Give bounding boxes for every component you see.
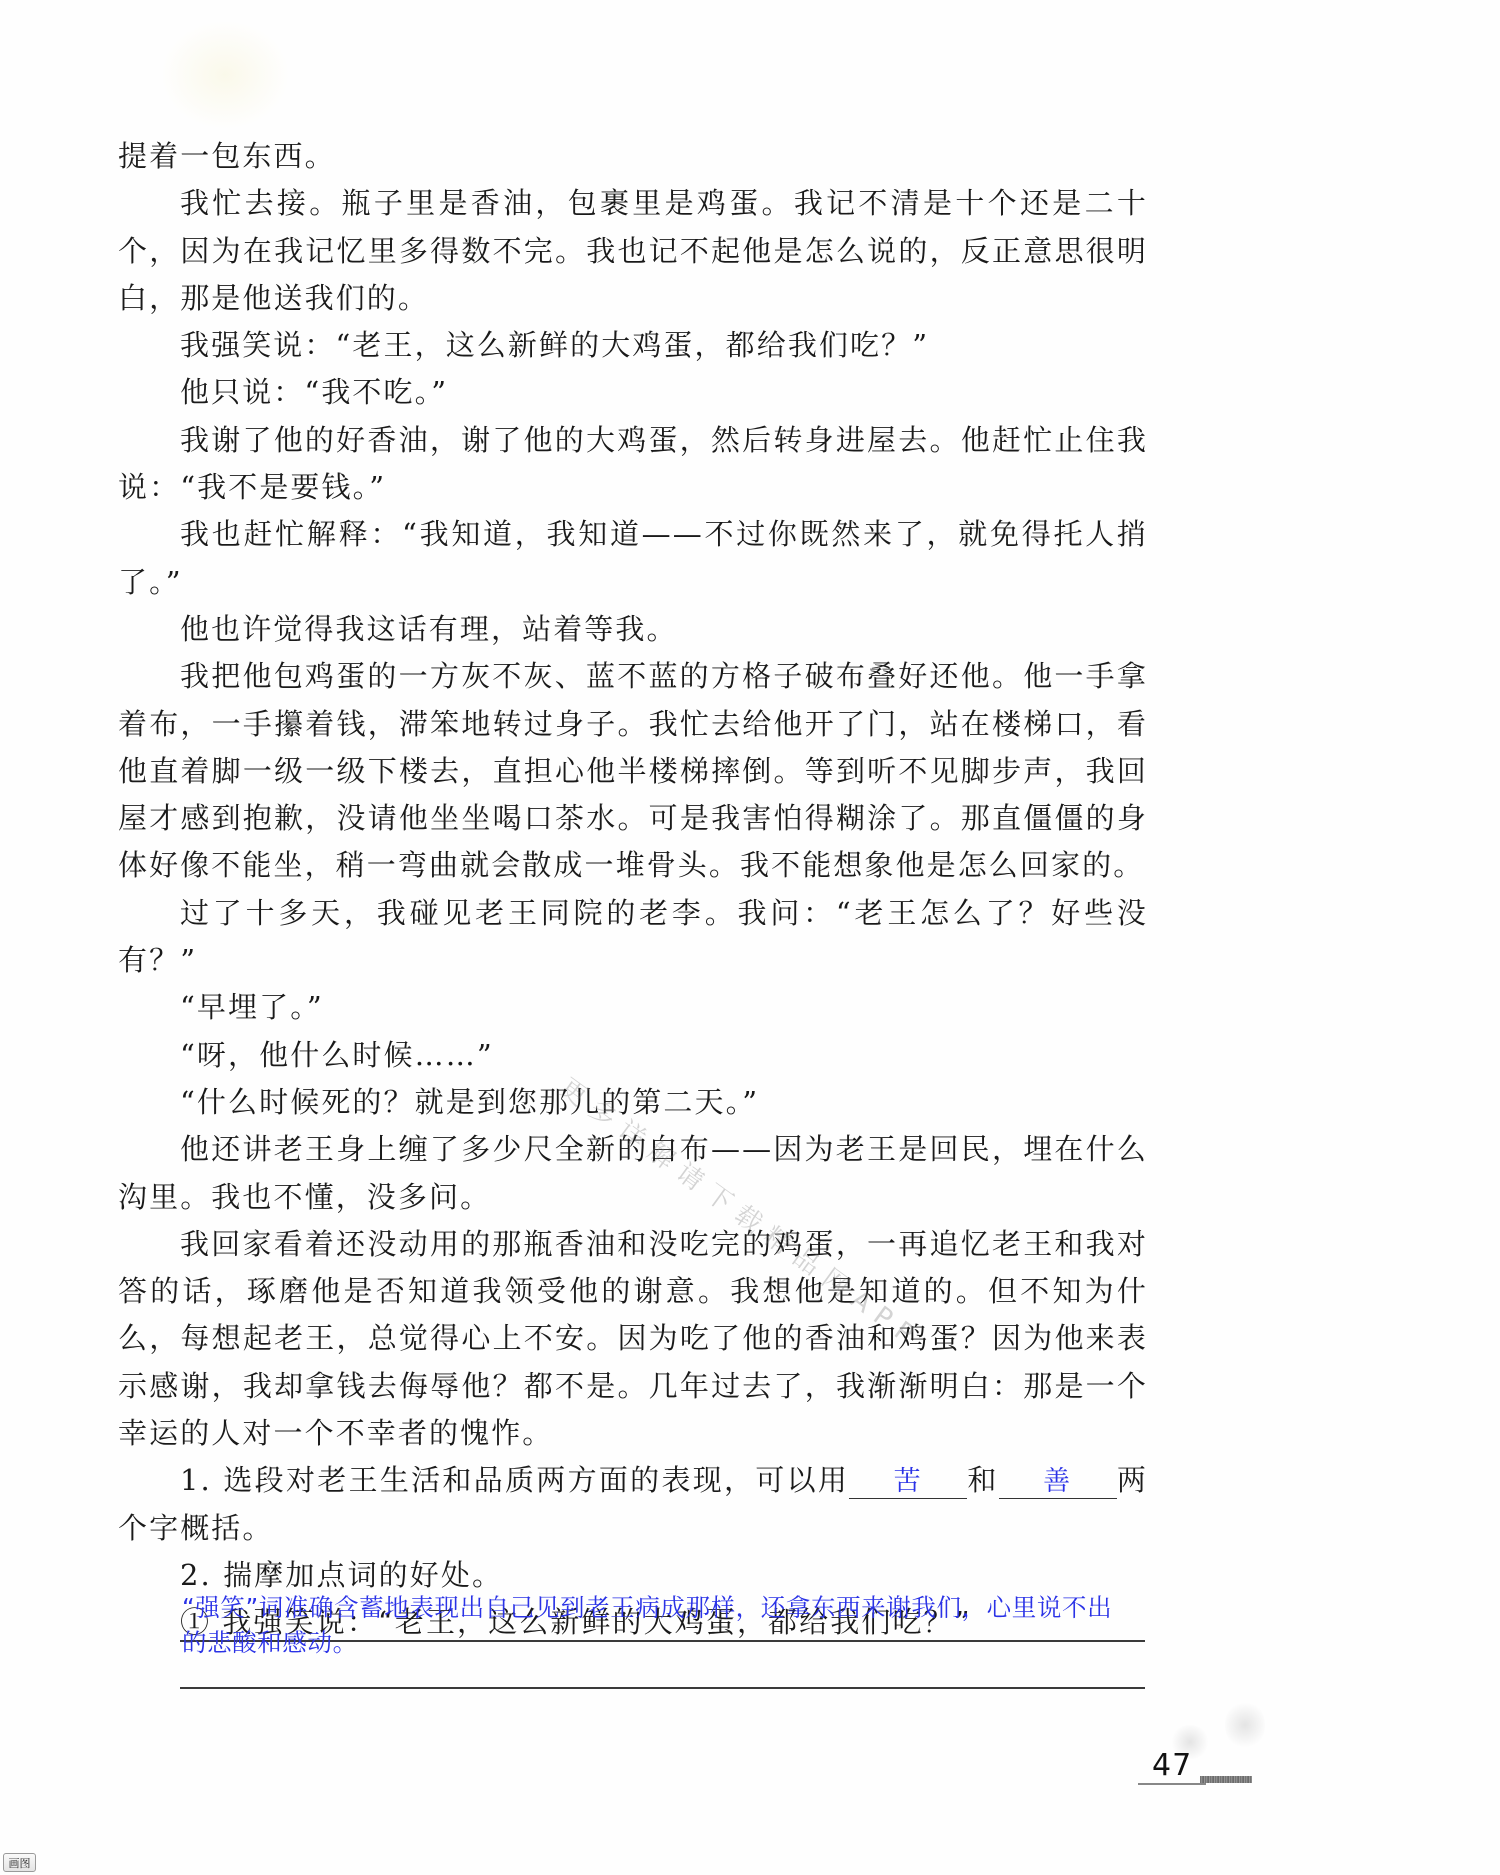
paragraph: 我谢了他的好香油，谢了他的大鸡蛋，然后转身进屋去。他赶忙止住我说：“我不是要钱。… bbox=[118, 417, 1148, 512]
answer-blank-2[interactable]: 善 bbox=[999, 1466, 1117, 1499]
answer-line bbox=[180, 1687, 1145, 1689]
ink-bleed-through bbox=[160, 20, 290, 130]
paragraph: 提着一包东西。 bbox=[118, 133, 1148, 180]
question-1-prefix: 1. 选段对老王生活和品质两方面的表现，可以用 bbox=[180, 1463, 849, 1497]
paragraph: 我强笑说：“老王，这么新鲜的大鸡蛋，都给我们吃？” bbox=[118, 322, 1148, 369]
answer-area[interactable]: “强笑”词准确含蓄地表现出自己见到老王病成那样，还拿东西来谢我们，心里说不出的悲… bbox=[180, 1590, 1145, 1710]
paragraph: 他只说：“我不吃。” bbox=[118, 369, 1148, 416]
question-1: 1. 选段对老王生活和品质两方面的表现，可以用苦和善两个字概括。 bbox=[118, 1457, 1148, 1552]
paragraph: 过了十多天，我碰见老王同院的老李。我问：“老王怎么了？好些没有？” bbox=[118, 890, 1148, 985]
page-decoration-bar bbox=[1200, 1776, 1252, 1783]
handwritten-answer: “强笑”词准确含蓄地表现出自己见到老王病成那样，还拿东西来谢我们，心里说不出的悲… bbox=[182, 1590, 1122, 1660]
paragraph: 我也赶忙解释：“我知道，我知道——不过你既然来了，就免得托人捎了。” bbox=[118, 511, 1148, 606]
paragraph: 我回家看着还没动用的那瓶香油和没吃完的鸡蛋，一再追忆老王和我对答的话，琢磨他是否… bbox=[118, 1221, 1148, 1457]
textbook-page: 提着一包东西。 我忙去接。瓶子里是香油，包裹里是鸡蛋。我记不清是十个还是二十个，… bbox=[0, 0, 1500, 1875]
page-number: 47 bbox=[1152, 1748, 1192, 1783]
question-1-connector: 和 bbox=[967, 1463, 998, 1497]
paragraph: “什么时候死的？就是到您那儿的第二天。” bbox=[118, 1079, 1148, 1126]
paragraph: 他也许觉得我这话有理，站着等我。 bbox=[118, 606, 1148, 653]
paragraph: 我忙去接。瓶子里是香油，包裹里是鸡蛋。我记不清是十个还是二十个，因为在我记忆里多… bbox=[118, 180, 1148, 322]
paper-speckle bbox=[1225, 1700, 1265, 1750]
paragraph: 我把他包鸡蛋的一方灰不灰、蓝不蓝的方格子破布叠好还他。他一手拿着布，一手攥着钱，… bbox=[118, 653, 1148, 889]
draw-button[interactable]: 画图 bbox=[3, 1853, 36, 1872]
answer-blank-1[interactable]: 苦 bbox=[849, 1466, 967, 1499]
paragraph: “呀，他什么时候……” bbox=[118, 1032, 1148, 1079]
paragraph: 他还讲老王身上缠了多少尺全新的白布——因为老王是回民，埋在什么沟里。我也不懂，没… bbox=[118, 1126, 1148, 1221]
passage-text: 提着一包东西。 我忙去接。瓶子里是香油，包裹里是鸡蛋。我记不清是十个还是二十个，… bbox=[118, 133, 1148, 1647]
page-number-rule bbox=[1138, 1783, 1206, 1785]
paragraph: “早埋了。” bbox=[118, 984, 1148, 1031]
